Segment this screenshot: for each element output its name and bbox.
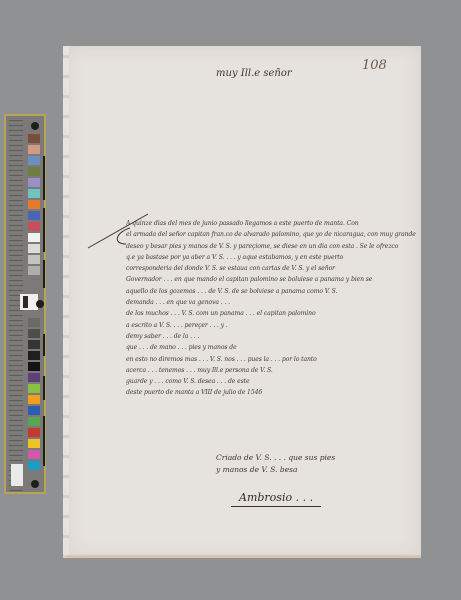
color-swatch: [28, 222, 40, 231]
letter-line: aquello de los gozemos . . . de V. S. de…: [126, 286, 416, 297]
color-swatch: [28, 351, 40, 360]
signature: Ambrosio . . .: [231, 491, 321, 507]
density-bar: [43, 334, 45, 356]
letter-body: A quinze dias del mes de junio passado l…: [126, 218, 416, 399]
color-swatch: [28, 450, 40, 459]
page-edge: [66, 555, 421, 558]
color-swatch: [28, 362, 40, 371]
letter-line: en esto no diremos mas . . . V. S. nos .…: [126, 354, 416, 365]
letter-line: a escrito a V. S. . . . pereçer . . . y …: [126, 320, 416, 331]
color-swatch: [28, 233, 40, 242]
color-swatch: [28, 145, 40, 154]
folio-number: 108: [362, 58, 387, 73]
color-swatch: [28, 439, 40, 448]
color-swatch: [28, 167, 40, 176]
letter-line: de los muchos . . . V. S. com un panama …: [126, 308, 416, 319]
letter-line: acerca . . . tenemos . . . muy Ill.e per…: [126, 365, 416, 376]
color-swatch: [28, 417, 40, 426]
torn-edge: [63, 46, 69, 558]
closing-line: y manos de V. S. besa: [216, 464, 335, 476]
color-swatch: [28, 211, 40, 220]
color-swatch: [28, 406, 40, 415]
registration-dot: [36, 300, 44, 308]
letter-line: deste puerto de manta a VIII de julio de…: [126, 387, 416, 398]
density-bar: [43, 156, 45, 200]
color-swatch: [28, 318, 40, 327]
letter-line: q.e ya bastase por ya aber a V. S. . . .…: [126, 252, 416, 263]
target-serial-label: [11, 464, 23, 486]
color-swatch: [28, 178, 40, 187]
color-swatch: [28, 134, 40, 143]
registration-dot: [31, 480, 39, 488]
color-swatch: [28, 329, 40, 338]
color-swatch: [28, 395, 40, 404]
letter-line: A quinze dias del mes de junio passado l…: [126, 218, 416, 229]
letter-line: demy saber . . . de la . . .: [126, 331, 416, 342]
density-bar: [43, 376, 45, 400]
letter-line: guarde y . . . como V. S. desea . . . de…: [126, 376, 416, 387]
density-bar: [43, 416, 45, 466]
color-swatch: [28, 340, 40, 349]
color-swatch: [28, 266, 40, 275]
color-swatch: [28, 200, 40, 209]
color-swatch: [28, 156, 40, 165]
color-swatch: [28, 373, 40, 382]
color-swatch: [28, 189, 40, 198]
density-bar: [43, 260, 45, 288]
color-swatch: [28, 461, 40, 470]
letter-line: el armada del señor capitan fran.co de a…: [126, 229, 416, 240]
closing-line: Criado de V. S. . . . que sus pies: [216, 452, 335, 464]
manuscript-page: 108 muy Ill.e señor A quinze dias del me…: [66, 46, 421, 558]
letter-line: demanda . . . en que va genova . . .: [126, 297, 416, 308]
letter-line: deseo y besar pies y manos de V. S. y pa…: [126, 241, 416, 252]
closing-formula: Criado de V. S. . . . que sus pies y man…: [216, 452, 335, 476]
letter-line: que . . . de mano . . . pies y manos de: [126, 342, 416, 353]
color-calibration-target: [4, 114, 46, 494]
salutation: muy Ill.e señor: [216, 68, 292, 79]
letter-line: Governador . . . en que mando el capitan…: [126, 274, 416, 285]
registration-dot: [31, 122, 39, 130]
color-swatch: [28, 428, 40, 437]
color-swatch: [28, 244, 40, 253]
color-swatch: [28, 384, 40, 393]
color-swatch: [28, 255, 40, 264]
density-bar: [43, 208, 45, 252]
letter-line: corresponderia del donde V. S. se estaua…: [126, 263, 416, 274]
